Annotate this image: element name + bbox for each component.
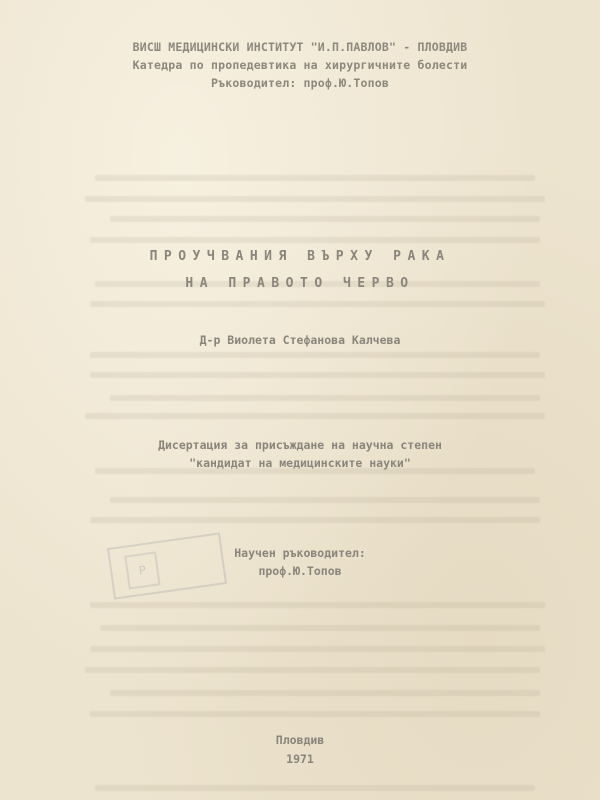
title-line-1: ПРОУЧВАНИЯ ВЪРХУ РАКА bbox=[0, 249, 600, 264]
show-through-line bbox=[90, 237, 540, 243]
show-through-line bbox=[110, 497, 540, 503]
document-page: Р ВИСШ МЕДИЦИНСКИ ИНСТИТУТ "И.П.ПАВЛОВ" … bbox=[0, 0, 600, 800]
show-through-line bbox=[90, 372, 545, 378]
show-through-line bbox=[85, 667, 540, 673]
show-through-line bbox=[85, 413, 545, 419]
institution-name: ВИСШ МЕДИЦИНСКИ ИНСТИТУТ "И.П.ПАВЛОВ" - … bbox=[0, 40, 600, 54]
place: Пловдив bbox=[0, 733, 600, 747]
year: 1971 bbox=[0, 752, 600, 766]
title-line-2: НА ПРАВОТО ЧЕРВО bbox=[0, 276, 600, 291]
show-through-line bbox=[90, 711, 540, 717]
show-through-line bbox=[90, 602, 545, 608]
show-through-line bbox=[85, 196, 545, 202]
supervisor-label: Научен ръководител: bbox=[0, 546, 600, 560]
show-through-line bbox=[90, 646, 545, 652]
dissertation-line-2: "кандидат на медицинските науки" bbox=[0, 456, 600, 470]
department-head: Ръководител: проф.Ю.Топов bbox=[0, 76, 600, 90]
show-through-line bbox=[90, 301, 545, 307]
author-name: Д-р Виолета Стефанова Калчева bbox=[0, 333, 600, 347]
show-through-line bbox=[100, 625, 540, 631]
show-through-line bbox=[110, 216, 540, 222]
show-through-line bbox=[110, 395, 540, 401]
show-through-line bbox=[95, 785, 535, 791]
dissertation-line-1: Дисертация за присъждане на научна степе… bbox=[0, 438, 600, 452]
supervisor-name: проф.Ю.Топов bbox=[0, 564, 600, 578]
show-through-line bbox=[110, 690, 540, 696]
show-through-line bbox=[90, 352, 540, 358]
show-through-line bbox=[95, 175, 535, 181]
department-name: Катедра по пропедевтика на хирургичните … bbox=[0, 58, 600, 72]
show-through-line bbox=[90, 517, 540, 523]
